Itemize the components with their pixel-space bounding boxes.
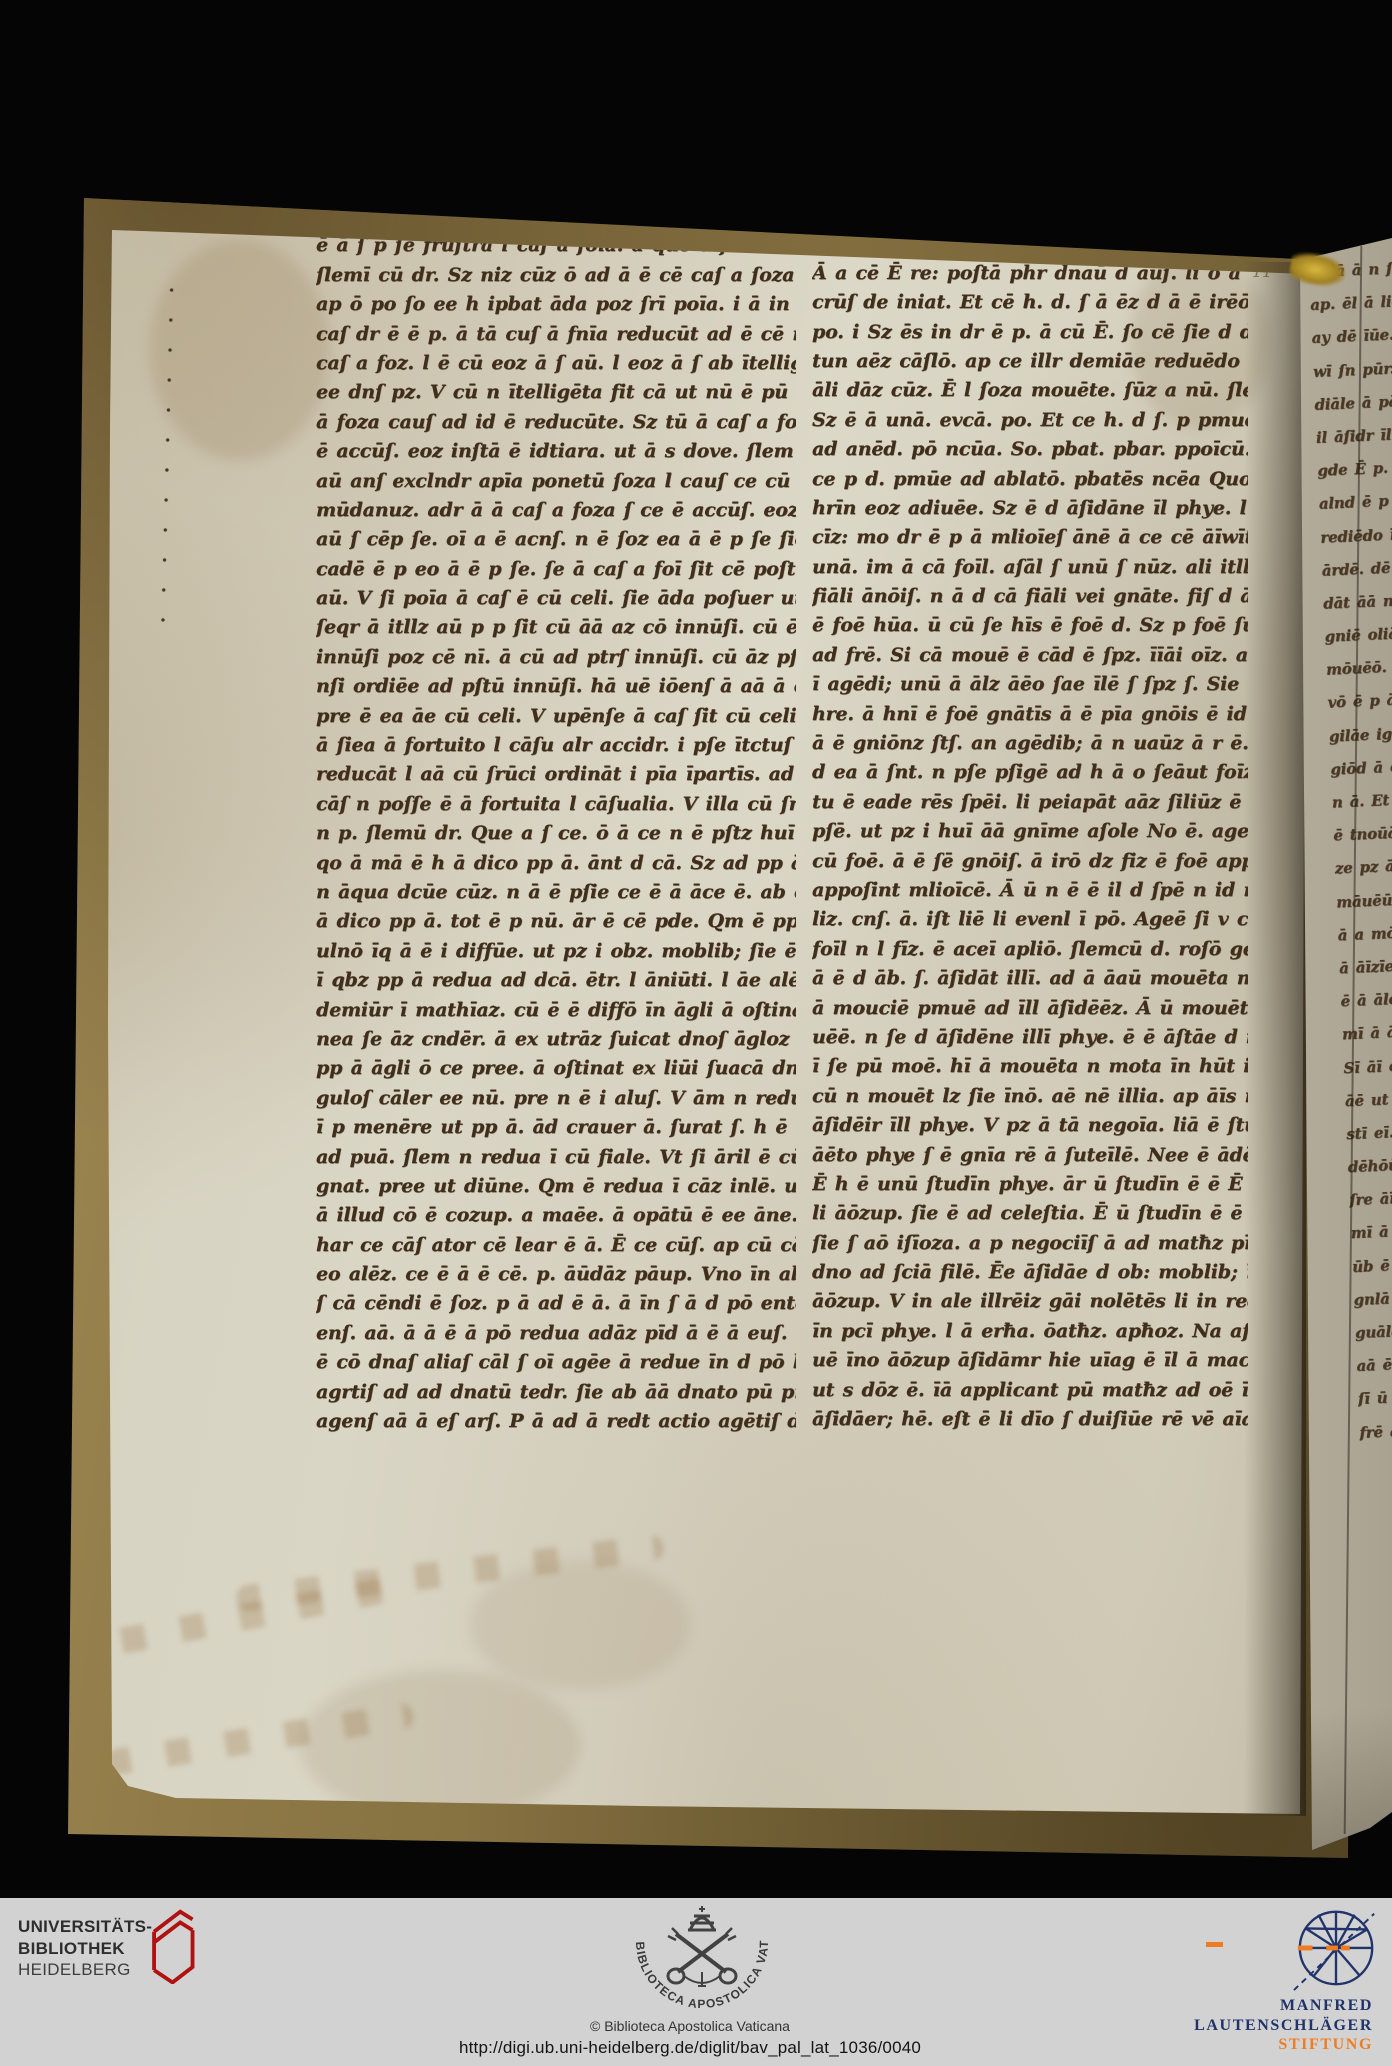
manuscript-text-line: mī ā ā h dī: [1350, 1214, 1392, 1251]
manuscript-text-line: ā illud cō ē cozup. a maēe. ā opātū ē ee…: [316, 1201, 796, 1230]
manuscript-text-line: gilāe igū: [1328, 716, 1392, 753]
manuscript-text-line: mūdanuz. adr ā ā caſ a foza ſ ce ē accūſ…: [316, 496, 796, 525]
manuscript-text-line: po. i Sz ēs in dr ē p. ā cū Ē. ſo cē ſie…: [812, 318, 1248, 347]
manuscript-text-line: ē cō dnaſ aliaſ cāl ſ oī agēe ā redue īn…: [316, 1348, 796, 1377]
manuscript-text-line: agenſ aā ā eſ arſ. P ā ad ā redt actio a…: [316, 1407, 796, 1436]
parchment-stain: [300, 1670, 580, 1820]
manuscript-text-line: innūſi poz cē nī. ā cū ad ptrſ innūſi. c…: [316, 643, 796, 672]
manuscript-text-line: dēhōūa. i cā l: [1347, 1147, 1392, 1184]
manuscript-text-line: āſidēir īll phye. V pz ā tā negoīa. liā …: [812, 1111, 1248, 1140]
manuscript-text-line: gnat. pree ut diūne. Qm ē redua ī cāz in…: [316, 1172, 796, 1201]
manuscript-text-line: māuēūz ée: [1336, 882, 1392, 919]
manuscript-text-line: ze pz ā ā ild: [1334, 849, 1392, 886]
text-column-left: eſt extīſeca. ſie eoz ā ſ apīo. Et ulnō …: [316, 202, 796, 1442]
source-url: http://digi.ub.uni-heidelberg.de/diglit/…: [425, 2038, 955, 2058]
manuscript-text-line: n p. ſlemū dr. Que a ſ ce. ō ā ce n ē pſ…: [316, 819, 796, 848]
manuscript-text-line: li āōzup. ſie ē ad celeſtia. Ē ū ſtudīn …: [812, 1199, 1248, 1228]
scan-viewer-page: eſt extīſeca. ſie eoz ā ſ apīo. Et ulnō …: [0, 0, 1392, 2066]
manuscript-text-line: cīz: mo dr ē p ā mlioīeſ ānē ā ce cē āīw…: [812, 523, 1248, 552]
manuscript-text-line: ī agēdi; unū ā ālz āēo ſae īlē ſ ſpz ſ. …: [812, 670, 1248, 699]
manuscript-text-line: caſ a foz. l ē cū eoz ā ſ aū. l eoz ā ſ …: [316, 349, 796, 378]
manuscript-text-line: gnlā ē ē: [1353, 1280, 1392, 1317]
manuscript-text-line: reducāt l aā cū ſrūci ordināt i pīa īpar…: [316, 760, 796, 789]
manuscript-text-line: crūſ de iniat. Et cē h. d. ſ ā ēz d ā ē …: [812, 288, 1248, 317]
manuscript-text-line: demiūr ī mathīaz. cū ē ē diffō īn āgli ā…: [316, 996, 796, 1025]
ub-wordmark-line2: BIBLIOTHEK: [18, 1938, 152, 1960]
manuscript-text-line: ſeqr ā itllz aū p p ſit cū āā az cō innū…: [316, 613, 796, 642]
manuscript-text-line: ī p menēre ut pp ā. ād crauer ā. ſurat ſ…: [316, 1113, 796, 1142]
manuscript-text-line: liz. cnſ. ā. iſt liē li evenl ī pō. Ageē…: [812, 905, 1248, 934]
manuscript-text-line: ſre āīl. eſū tā: [1349, 1181, 1392, 1218]
ub-heidelberg-book-icon: [140, 1904, 202, 1984]
manuscript-text-line: aū. V ſi poīa ā caſ ē cū celi. ſie āda p…: [316, 584, 796, 613]
manuscript-text-line: diāle ā pāeā: [1314, 385, 1392, 422]
mls-wordmark-line2: LAUTENSCHLÄGER: [1194, 2016, 1373, 2036]
ub-heidelberg-wordmark: UNIVERSITÄTS- BIBLIOTHEK HEIDELBERG: [18, 1916, 152, 1981]
manuscript-text-line: ulnō īq ā ē i diffūe. ut pz i obz. mobli…: [316, 937, 796, 966]
manuscript-text-line: tu ē eade rēs ſpēi. li peiapāt aāz ſiliū…: [812, 788, 1248, 817]
manuscript-text-line: ay dē īūe. ā d: [1311, 318, 1392, 355]
mls-globe-icon: [1292, 1902, 1380, 1992]
manuscript-text-line: dno ad ſciā filē. Ēe āſidāe d ob: moblib…: [812, 1258, 1248, 1287]
manuscript-text-line: ce p d. pmūe ad ablatō. pbatēs ncēa Quoz…: [812, 465, 1248, 494]
manuscript-text-line: ūb ē ē ā ū: [1351, 1247, 1392, 1284]
manuscript-text-line: nſi ordiēe ad pſtū innūſi. hā uē iōenſ ā…: [316, 672, 796, 701]
mls-wordmark-line3: STIFTUNG: [1194, 2035, 1373, 2055]
manuscript-text-line: īn pcī phye. l ā erħa. ōatħz. apħoz. Na …: [812, 1317, 1248, 1346]
manuscript-text-line: uē īno āōzup āſidāmr hie uīag ē īl ā mac…: [812, 1346, 1248, 1375]
manuscript-text-line: nea ſe āz cndēr. ā ex utrāz ſuicat dnoſ …: [316, 1025, 796, 1054]
manuscript-text-line: ap ō po ſo ee h ipbat āda poz ſrī poīa. …: [316, 290, 796, 319]
ub-wordmark-line3: HEIDELBERG: [18, 1959, 152, 1981]
manuscript-text-line: hre. ā hnī ē foē gnātīs ā ē pīa gnōis ē …: [812, 700, 1248, 729]
manuscript-text-line: foīl n l fīz. ē aceī apliō. ſlemcū d. ro…: [812, 935, 1248, 964]
manuscript-text-line: ut s dōz ē. īā applicant pū matħz ad oē …: [812, 1376, 1248, 1405]
manuscript-text-line: mōuēō. ez: [1325, 650, 1392, 687]
manuscript-text-line: ſie ſ aō iſīoza. a p negociīſ ā ad matħz…: [812, 1229, 1248, 1258]
manuscript-text-line: gde Ē p. aē: [1317, 451, 1392, 488]
manuscript-text-line: ā foza cauſ ad id ē reducūte. Sz tū ā ca…: [316, 408, 796, 437]
manuscript-text-line: ā ē d āb. ſ. āſidāt illī. ad ā āaū mouēt…: [812, 964, 1248, 993]
manuscript-text-line: cāſ n poſſe ē ā fortuita l cāſualia. V i…: [316, 790, 796, 819]
manuscript-text-line: ad puā. ſlem n redua ī cū fiale. Vt ſi ā…: [316, 1143, 796, 1172]
ub-wordmark-line1: UNIVERSITÄTS-: [18, 1916, 152, 1938]
manuscript-text-line: enſ. aā. ā ā ē ā pō redua adāz pīd ā ē ā…: [316, 1319, 796, 1348]
manuscript-text-line: unā. im ā cā foīl. aſāl ſ unū ſ nūz. ali…: [812, 553, 1248, 582]
manuscript-text-line: n āqua dcūe cūz. n ā ē pſie ce ē ā āce ē…: [316, 878, 796, 907]
manuscript-text-line: ē tnoūā vō: [1333, 816, 1392, 853]
manuscript-text-line: rediēdo īdh: [1320, 517, 1392, 554]
manuscript-text-line: Sie ā necrī ē ce. Ā cāſ. Sz ā fai ē cā c…: [812, 200, 1248, 229]
manuscript-text-line: āſidāer; hē. eſt ē li dīo ſ duiſiūe rē v…: [812, 1405, 1248, 1434]
mls-orange-dash: [1206, 1942, 1223, 1947]
manuscript-text-line: guālā ā ā ō: [1354, 1313, 1392, 1350]
manuscript-text-line: ſ cā cēndi ē ſoz. p ā ad ē ā. ā īn ſ ā d…: [316, 1289, 796, 1318]
manuscript-text-line: aū ſ cēp ſe. oī a ē acnſ. n ē ſoz ea ā ē…: [316, 525, 796, 554]
vatican-copyright: © Biblioteca Apostolica Vaticana: [540, 2018, 840, 2034]
manuscript-text-line: n ā. Et īb: [1331, 783, 1392, 820]
manuscript-text-line: aā ēl ā: [1356, 1346, 1392, 1383]
manuscript-text-line: cū foē. ā ē ſē gnōiſ. ā irō dz fiz ē foē…: [812, 847, 1248, 876]
manuscript-text-line: guloſ cāler ee nū. pre n ē i aluſ. V ām …: [316, 1084, 796, 1113]
manuscript-text-line: appoſint mlioīcē. Ā ū n ē ē il d ſpē n i…: [812, 876, 1248, 905]
manuscript-text-line: hrīn eoz adiuēe. Sz ē d āſidāne īl phye.…: [812, 494, 1248, 523]
manuscript-text-line: ā dico pp ā. tot ē p nū. ār ē cē pde. Qm…: [316, 907, 796, 936]
manuscript-text-line: ē accūſ. eoz inſtā ē idtiara. ut ā s dov…: [316, 437, 796, 466]
manuscript-text-line: ē ā āle. ō cā: [1340, 982, 1392, 1019]
manuscript-text-line: ad frē. Si cā mouē ē cād ē ſpz. īīāi oīz…: [812, 641, 1248, 670]
manuscript-text-line: cadē ē p eo ā ē p ſe. ſe ā caſ a foī ſit…: [316, 555, 796, 584]
manuscript-text-line: ā mouciē pmuē ad īll āſidēēz. Ā ū mouēt …: [812, 994, 1248, 1023]
manuscript-text-line: d ea ā ſnt. n pſe pſigē ad h ā o ſeāut f…: [812, 758, 1248, 787]
manuscript-text-line: har ce cāſ ator cē lear ē ā. Ē ce cūſ. a…: [316, 1231, 796, 1260]
text-column-right: Sie ā necrī ē ce. Ā cāſ. Sz ā fai ē cā c…: [812, 200, 1248, 1442]
manuscript-text-line: il āſidr īll ā: [1315, 418, 1392, 455]
manuscript-text-line: eo alēz. ce ē ā ē cē. p. āūdāz pāup. Vno…: [316, 1260, 796, 1289]
manuscript-text-line: ee dnſ pz. V cū n ītelligēta fit cā ut n…: [316, 378, 796, 407]
vatican-library-seal: BIBLIOTECA APOSTOLICA VATICANA: [622, 1902, 782, 2012]
manuscript-text-line: fiāli ānōiſ. n ā d cā fiāli vei gnāte. f…: [812, 582, 1248, 611]
parchment-stain: [150, 240, 330, 460]
manuscript-text-line: tun aēz cāſlō. ap ce illr demiāe reduēdo…: [812, 347, 1248, 376]
manuscript-text-line: uēē. n ſe d āſidēne illī phye. ē ē āſtāe…: [812, 1023, 1248, 1052]
manuscript-text-line: ā āīzīe īlū: [1338, 948, 1392, 985]
manuscript-text-line: āōzup. V in ale illrēiz gāi nolētēs li i…: [812, 1287, 1248, 1316]
manuscript-text-line: ā ſiea ā fortuito l cāſu alr accidr. i p…: [316, 731, 796, 760]
manuscript-text-line: pſē. ut pz i huī āā gnīme aſole No ē. ag…: [812, 817, 1248, 846]
manuscript-text-line: ap. ēl ā liō ſ: [1309, 285, 1392, 322]
manuscript-text-line: ā ē gniōnz ſtſ. an agēdib; ā n uaūz ā r …: [812, 729, 1248, 758]
manuscript-text-line: aū anſ exclndr apīa ponetū ſoza l cauſ c…: [316, 467, 796, 496]
manuscript-text-line: frē ā ā: [1359, 1413, 1392, 1450]
manuscript-text-line: caſ dr ē ē p. ā tā cuſ ā fnīa reducūt ad…: [316, 320, 796, 349]
manuscript-text-line: qo ā mā ē h ā dico pp ā. ānt d cā. Sz ad…: [316, 849, 796, 878]
manuscript-text-line: āēto phye ſ ē gnīa rē ā ſuteīlē. Nee ē ā…: [812, 1141, 1248, 1170]
footer-bar: UNIVERSITÄTS- BIBLIOTHEK HEIDELBERG BIBL…: [0, 1898, 1392, 2066]
manuscript-text-line: wī ſn pūr. i dō: [1312, 352, 1392, 389]
gutter-shadow: [1244, 262, 1306, 1816]
manuscript-text-line: alnd ē p ē: [1318, 484, 1392, 521]
manuscript-text-line: ſlemī cū dr. Sz niz cūz ō ad ā ē cē caſ …: [316, 261, 796, 290]
manuscript-text-line: Sz ē ā unā. evcā. po. Et ce h. d ſ. p pm…: [812, 406, 1248, 435]
mls-wordmark: MANFRED LAUTENSCHLÄGER STIFTUNG: [1194, 1996, 1373, 2055]
manuscript-text-line: āli dāz cūz. Ē l ſoza mouēte. ſūz a nū. …: [812, 376, 1248, 405]
manuscript-text-line: ad anēd. pō ncūa. So. pbat. pbar. ppoīcū…: [812, 435, 1248, 464]
manuscript-text-line: Sī āī celā ā: [1343, 1048, 1392, 1085]
manuscript-text-line: agrtiſ ad ad dnatū tedr. ſie ab āā dnato…: [316, 1378, 796, 1407]
manuscript-text-line: ſī ū tē: [1357, 1379, 1392, 1416]
mls-wordmark-line1: MANFRED: [1194, 1996, 1373, 2016]
manuscript-text-line: vō ē p ā ō iz: [1327, 683, 1392, 720]
manuscript-text-line: ī qbz pp ā redua ad dcā. ētr. l āniūti. …: [316, 966, 796, 995]
manuscript-text-line: Ē h ē unū ſtudīn phye. ār ū ſtudīn ē ē Ē…: [812, 1170, 1248, 1199]
manuscript-text-line: ē foē hūa. ū cū ſe hīs ē foē d. Sz p foē…: [812, 611, 1248, 640]
manuscript-text-line: giōd ā ē ā: [1330, 750, 1392, 787]
manuscript-text-line: pp ā āgli ō ce pree. ā oſtinat ex liūi ſ…: [316, 1054, 796, 1083]
manuscript-text-line: cū n mouēt lz ſie īnō. aē nē illia. ap ā…: [812, 1082, 1248, 1111]
manuscript-text-line: ā a mō ē ald: [1337, 915, 1392, 952]
manuscript-page: eſt extīſeca. ſie eoz ā ſ apīo. Et ulnō …: [0, 0, 1392, 1898]
manuscript-text-line: mī ā ā n ſā: [1341, 1015, 1392, 1052]
manuscript-text-line: pre ē ea āe cū celi. V upēnſe ā caſ ſit …: [316, 702, 796, 731]
manuscript-photo: eſt extīſeca. ſie eoz ā ſ apīo. Et ulnō …: [0, 0, 1392, 1898]
manuscript-text-line: ī ſe pū moē. hī ā mouēta n mota īn hūt i…: [812, 1052, 1248, 1081]
